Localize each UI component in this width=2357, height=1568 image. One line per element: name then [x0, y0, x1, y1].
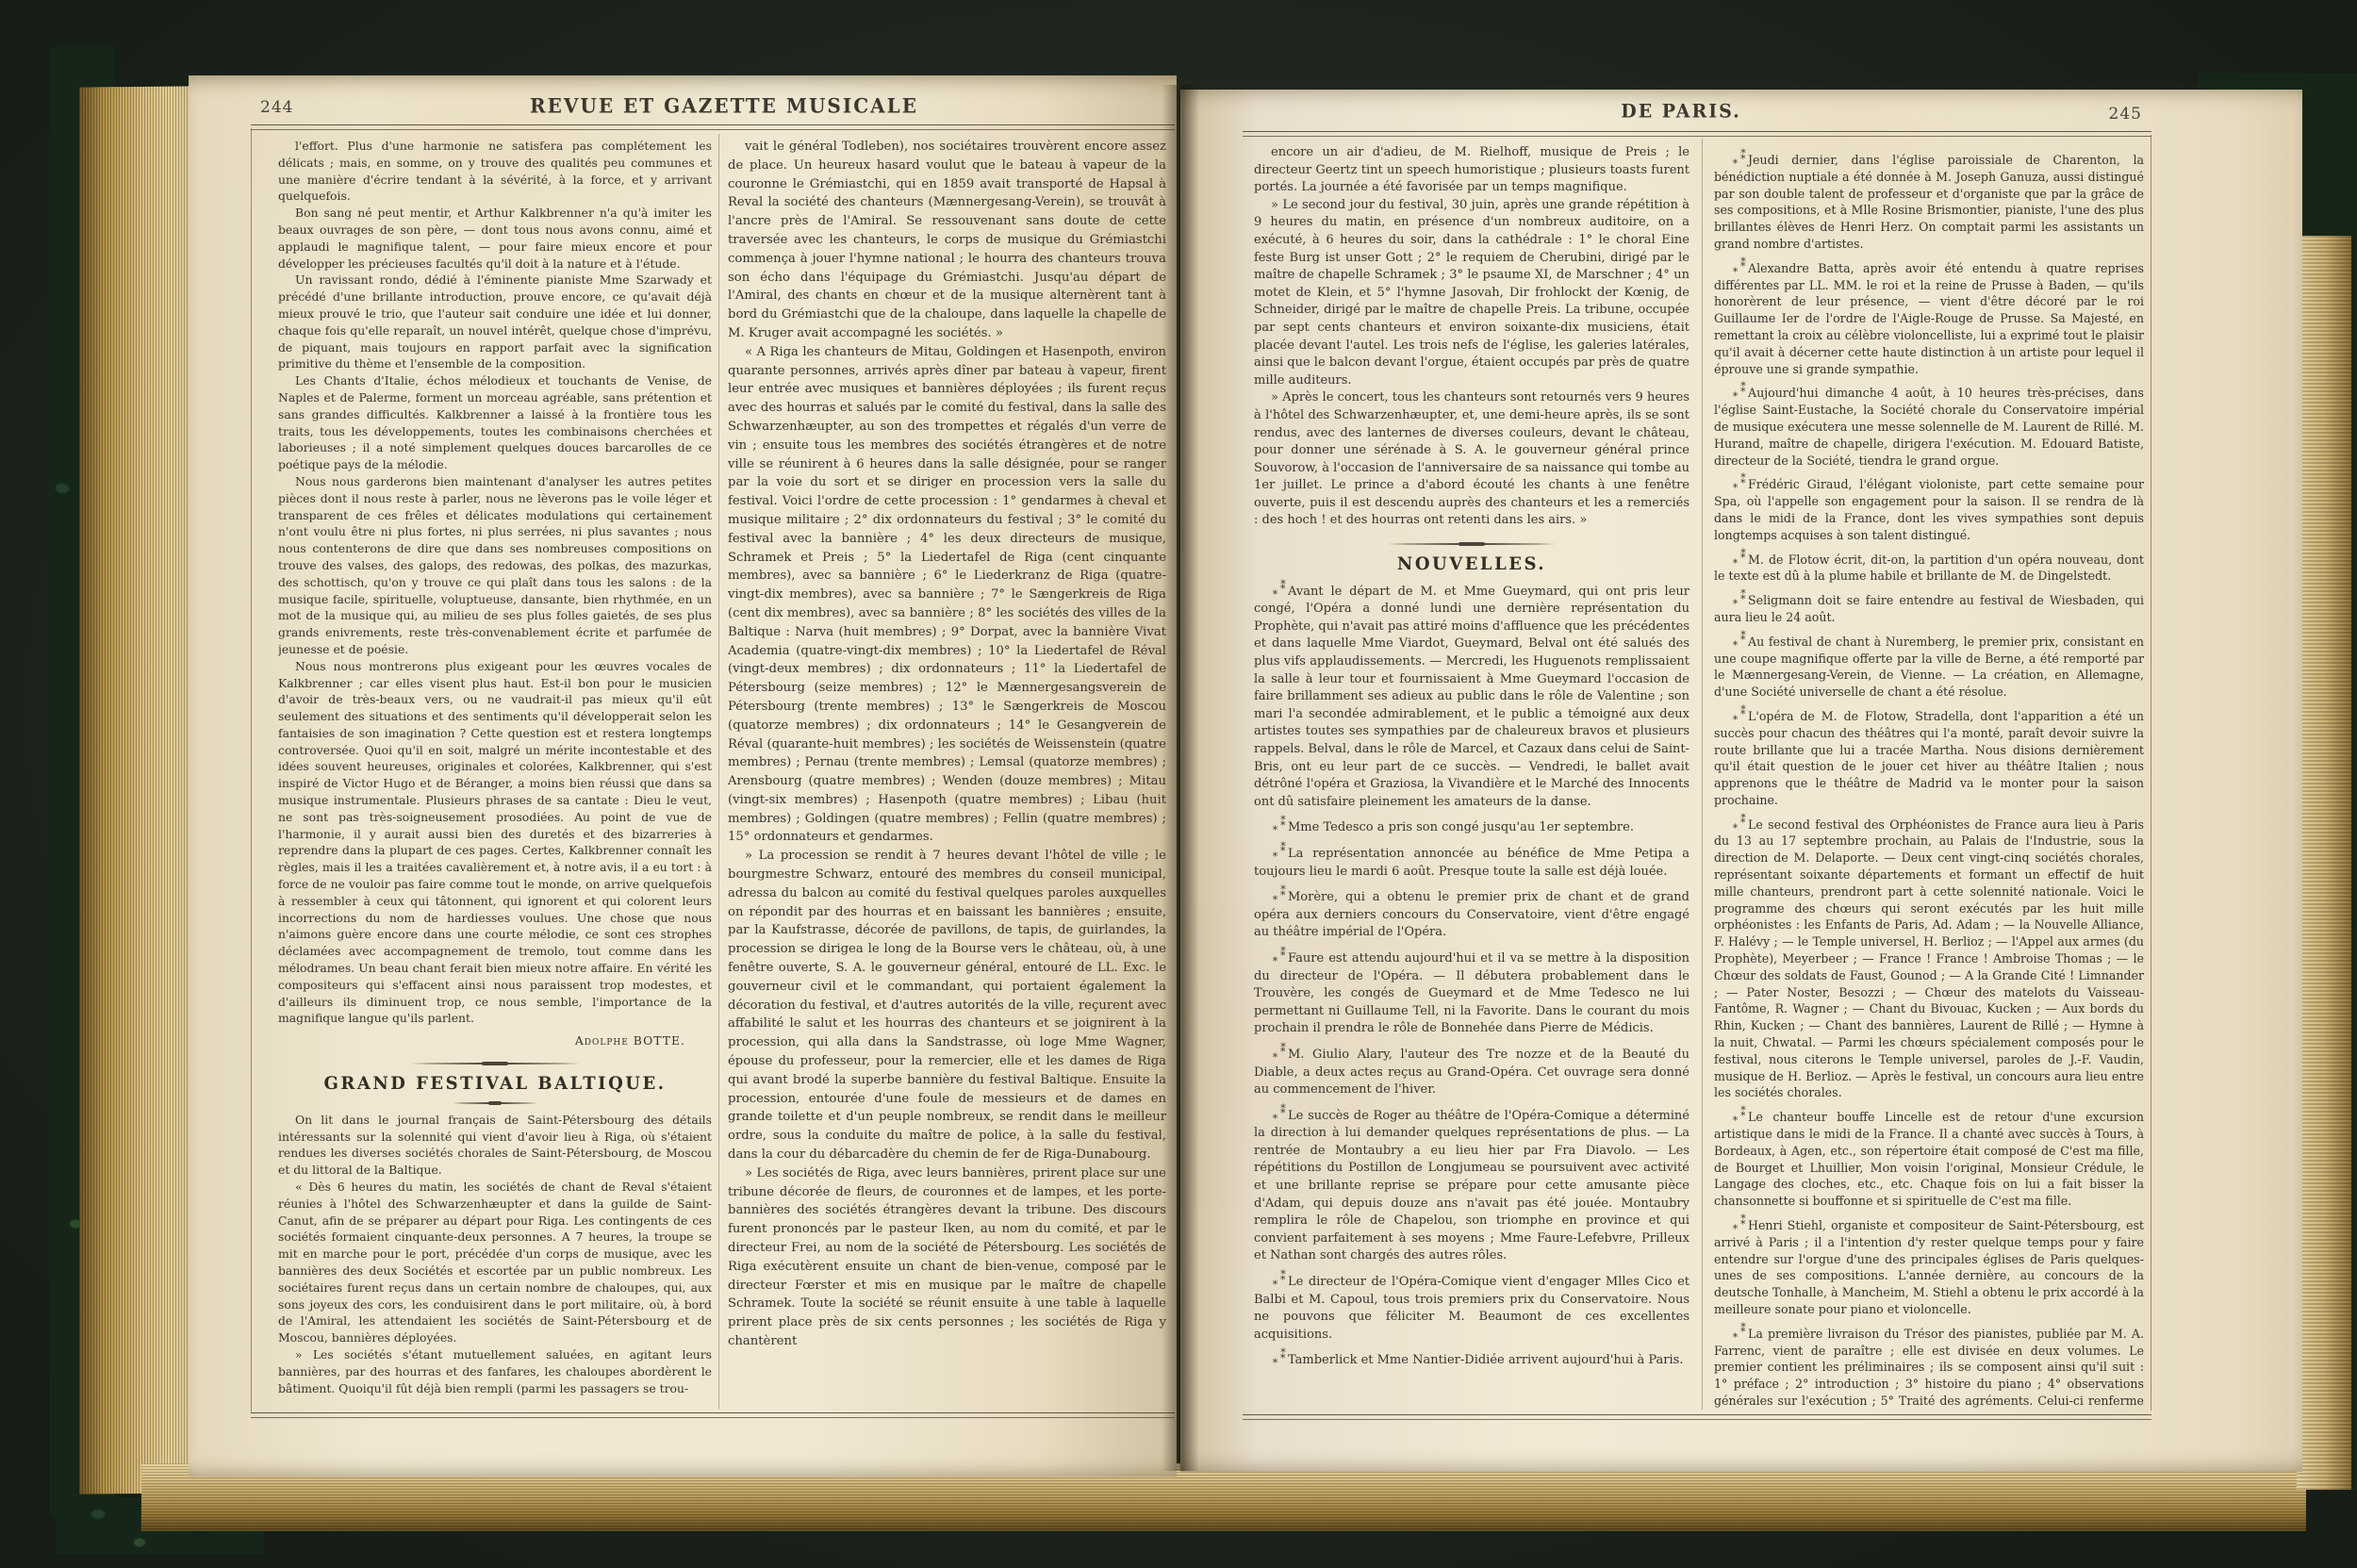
paragraph: « A Riga les chanteurs de Mitau, Golding… — [728, 343, 1166, 848]
left-page-column-2: vait le général Todleben), nos sociétair… — [728, 138, 1166, 1409]
paragraph: Bon sang né peut mentir, et Arthur Kalkb… — [278, 205, 712, 272]
asterism-icon: ** * — [1267, 1350, 1286, 1366]
tapered-divider-rule — [453, 1102, 537, 1104]
news-item: ** *Le second festival des Orphéonistes … — [1714, 816, 2144, 1102]
asterism-icon: ** * — [1267, 844, 1286, 860]
header-rule-left — [251, 124, 1175, 130]
paragraph: On lit dans le journal français de Saint… — [278, 1112, 712, 1179]
asterism-icon: ** * — [1267, 1106, 1286, 1122]
news-item: ** *Alexandre Batta, après avoir été ent… — [1714, 259, 2144, 378]
news-item: ** *M. Giulio Alary, l'auteur des Tre no… — [1254, 1045, 1689, 1099]
page-number-right: 245 — [2109, 105, 2142, 124]
right-page-column-1: encore un air d'adieu, de M. Rielhoff, m… — [1254, 144, 1689, 1408]
running-title-left: REVUE ET GAZETTE MUSICALE — [272, 93, 1177, 117]
asterism-icon: ** * — [1267, 949, 1286, 965]
section-heading: GRAND FESTIVAL BALTIQUE. — [278, 1076, 712, 1094]
news-item: ** *Morère, qui a obtenu le premier prix… — [1254, 887, 1689, 942]
right-page: DE PARIS. 245 encore un air d'adieu, de … — [1180, 90, 2302, 1472]
left-page-column-1: l'effort. Plus d'une harmonie ne satisfe… — [278, 138, 712, 1409]
news-item: ** *Jeudi dernier, dans l'église paroiss… — [1714, 151, 2144, 253]
paragraph: Nous nous garderons bien maintenant d'an… — [278, 473, 712, 658]
paragraph: » Les sociétés s'étant mutuellement salu… — [278, 1346, 712, 1396]
author-signature: Adolphe BOTTE. — [278, 1032, 712, 1049]
page-edges-right — [2297, 236, 2351, 1490]
news-item: ** *Henri Stiehl, organiste et composite… — [1714, 1216, 2144, 1318]
left-page: 244 REVUE ET GAZETTE MUSICALE l'effort. … — [189, 75, 1177, 1477]
paragraph: » Les sociétés de Riga, avec leurs banni… — [728, 1164, 1166, 1351]
running-title-right: DE PARIS. — [1180, 100, 2182, 122]
asterism-icon: ** * — [1727, 591, 1746, 607]
column-divider-left — [718, 134, 719, 1409]
frame-line-right — [2151, 135, 2151, 1411]
asterism-icon: ** * — [1727, 259, 1746, 275]
asterism-icon: ** * — [1727, 384, 1746, 400]
paragraph: » Le second jour du festival, 30 juin, a… — [1254, 197, 1689, 390]
asterism-icon: ** * — [1267, 1272, 1286, 1288]
news-item: ** *M. de Flotow écrit, dit-on, la parti… — [1714, 551, 2144, 586]
news-item: ** *La première livraison du Trésor des … — [1714, 1325, 2144, 1408]
paragraph: encore un air d'adieu, de M. Rielhoff, m… — [1254, 144, 1689, 197]
asterism-icon: ** * — [1727, 551, 1746, 567]
asterism-icon: ** * — [1727, 475, 1746, 491]
footer-rule-left — [251, 1412, 1175, 1418]
asterism-icon: ** * — [1727, 1325, 1746, 1341]
asterism-icon: ** * — [1267, 887, 1286, 903]
section-heading: NOUVELLES. — [1254, 556, 1689, 574]
asterism-icon: ** * — [1267, 582, 1286, 598]
news-item: ** *Le succès de Roger au théâtre de l'O… — [1254, 1106, 1689, 1265]
paragraph: » Après le concert, tous les chanteurs s… — [1254, 389, 1689, 530]
paragraph: vait le général Todleben), nos sociétair… — [728, 138, 1166, 343]
paragraph: Nous nous montrerons plus exigeant pour … — [278, 658, 712, 1028]
tapered-divider-rule — [410, 1063, 580, 1065]
asterism-icon: ** * — [1727, 633, 1746, 649]
asterism-icon: ** * — [1727, 1216, 1746, 1232]
news-item: ** *Le directeur de l'Opéra-Comique vien… — [1254, 1272, 1689, 1344]
asterism-icon: ** * — [1267, 1045, 1286, 1061]
news-item: ** *Aujourd'hui dimanche 4 août, à 10 he… — [1714, 384, 2144, 469]
news-item: ** *La représentation annoncée au bénéfi… — [1254, 844, 1689, 881]
news-item: ** *Tamberlick et Mme Nantier-Didiée arr… — [1254, 1350, 1689, 1370]
asterism-icon: ** * — [1267, 817, 1286, 834]
news-item: ** *Au festival de chant à Nuremberg, le… — [1714, 633, 2144, 701]
header-rule-right — [1243, 131, 2151, 137]
footer-rule-right — [1243, 1414, 2151, 1420]
book-gutter-shadow — [1162, 85, 1199, 1471]
news-item: ** *Avant le départ de M. et Mme Gueymar… — [1254, 582, 1689, 812]
paragraph: Un ravissant rondo, dédié à l'éminente p… — [278, 272, 712, 372]
asterism-icon: ** * — [1727, 707, 1746, 723]
column-divider-right — [1702, 139, 1703, 1410]
asterism-icon: ** * — [1727, 816, 1746, 832]
tapered-divider-rule — [1387, 543, 1557, 545]
news-item: ** *L'opéra de M. de Flotow, Stradella, … — [1714, 707, 2144, 809]
asterism-icon: ** * — [1727, 1108, 1746, 1124]
paragraph: Les Chants d'Italie, échos mélodieux et … — [278, 372, 712, 473]
paragraph: » La procession se rendit à 7 heures dev… — [728, 847, 1166, 1164]
news-item: ** *Seligmann doit se faire entendre au … — [1714, 591, 2144, 626]
news-item: ** *Le chanteur bouffe Lincelle est de r… — [1714, 1108, 2144, 1210]
frame-line-left — [251, 128, 252, 1412]
paragraph: l'effort. Plus d'une harmonie ne satisfe… — [278, 138, 712, 205]
news-item: ** *Mme Tedesco a pris son congé jusqu'a… — [1254, 817, 1689, 837]
page-edges-left — [79, 86, 194, 1494]
photographed-book-spread: 244 REVUE ET GAZETTE MUSICALE l'effort. … — [0, 0, 2357, 1568]
right-page-column-2: ** *Jeudi dernier, dans l'église paroiss… — [1714, 144, 2144, 1408]
paragraph: « Dès 6 heures du matin, les sociétés de… — [278, 1179, 712, 1346]
news-item: ** *Faure est attendu aujourd'hui et il … — [1254, 949, 1689, 1038]
news-item: ** *Frédéric Giraud, l'élégant violonist… — [1714, 475, 2144, 543]
asterism-icon: ** * — [1727, 151, 1746, 167]
